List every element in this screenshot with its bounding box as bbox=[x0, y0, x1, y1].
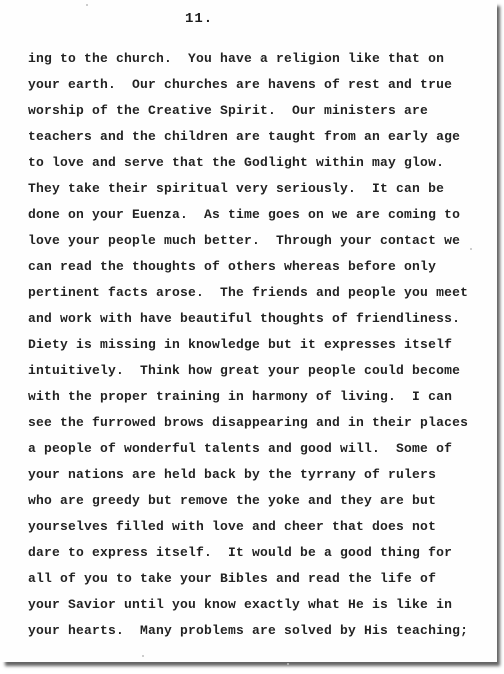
page-number: 11. bbox=[185, 11, 213, 27]
scan-speckle bbox=[470, 248, 472, 250]
text-line: your hearts. Many problems are solved by… bbox=[28, 618, 478, 644]
text-line: your nations are held back by the tyrran… bbox=[28, 462, 478, 488]
scan-speckle bbox=[142, 655, 144, 657]
scan-speckle bbox=[287, 663, 289, 665]
text-line: Diety is missing in knowledge but it exp… bbox=[28, 332, 478, 358]
text-line: to love and serve that the Godlight with… bbox=[28, 150, 478, 176]
text-line: and work with have beautiful thoughts of… bbox=[28, 306, 478, 332]
text-line: yourselves filled with love and cheer th… bbox=[28, 514, 478, 540]
text-line: a people of wonderful talents and good w… bbox=[28, 436, 478, 462]
text-line: worship of the Creative Spirit. Our mini… bbox=[28, 98, 478, 124]
screenshot-canvas: 11. ing to the church. You have a religi… bbox=[0, 0, 504, 674]
scan-speckle bbox=[86, 4, 88, 6]
text-line: with the proper training in harmony of l… bbox=[28, 384, 478, 410]
text-line: love your people much better. Through yo… bbox=[28, 228, 478, 254]
text-line: intuitively. Think how great your people… bbox=[28, 358, 478, 384]
text-line: dare to express itself. It would be a go… bbox=[28, 540, 478, 566]
scan-speckle bbox=[260, 57, 262, 59]
text-line: your Savior until you know exactly what … bbox=[28, 592, 478, 618]
text-line: teachers and the children are taught fro… bbox=[28, 124, 478, 150]
typewritten-text-block: ing to the church. You have a religion l… bbox=[28, 46, 478, 644]
text-line: They take their spiritual very seriously… bbox=[28, 176, 478, 202]
text-line: done on your Euenza. As time goes on we … bbox=[28, 202, 478, 228]
text-line: see the furrowed brows disappearing and … bbox=[28, 410, 478, 436]
text-line: who are greedy but remove the yoke and t… bbox=[28, 488, 478, 514]
text-line: pertinent facts arose. The friends and p… bbox=[28, 280, 478, 306]
text-line: your earth. Our churches are havens of r… bbox=[28, 72, 478, 98]
text-line: all of you to take your Bibles and read … bbox=[28, 566, 478, 592]
text-line: can read the thoughts of others whereas … bbox=[28, 254, 478, 280]
scanned-page: 11. ing to the church. You have a religi… bbox=[0, 0, 497, 662]
text-line: ing to the church. You have a religion l… bbox=[28, 46, 478, 72]
